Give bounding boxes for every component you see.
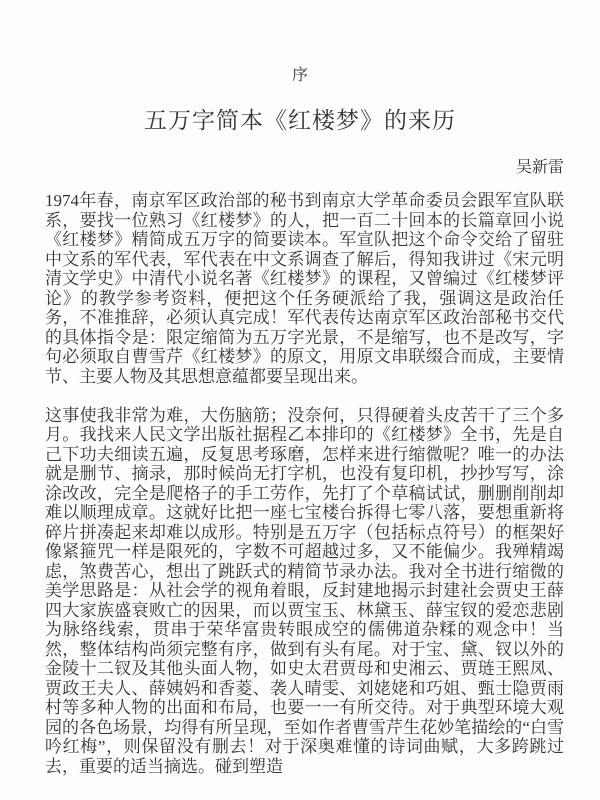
body-text: 1974年春，南京军区政治部的秘书到南京大学革命委员会跟军宣队联系，要找一位熟习…: [45, 191, 564, 776]
section-heading: 序: [0, 0, 600, 86]
paragraph: 这事使我非常为难，大伤脑筋；没奈何，只得硬着头皮苦干了三个多月。我找来人民文学出…: [45, 406, 564, 777]
author-name: 吴新雷: [0, 158, 564, 178]
page-title: 五万字简本《红楼梦》的来历: [0, 107, 600, 135]
document-page: 序 五万字简本《红楼梦》的来历 吴新雷 1974年春，南京军区政治部的秘书到南京…: [0, 0, 600, 800]
paragraph: 1974年春，南京军区政治部的秘书到南京大学革命委员会跟军宣队联系，要找一位熟习…: [45, 191, 564, 386]
